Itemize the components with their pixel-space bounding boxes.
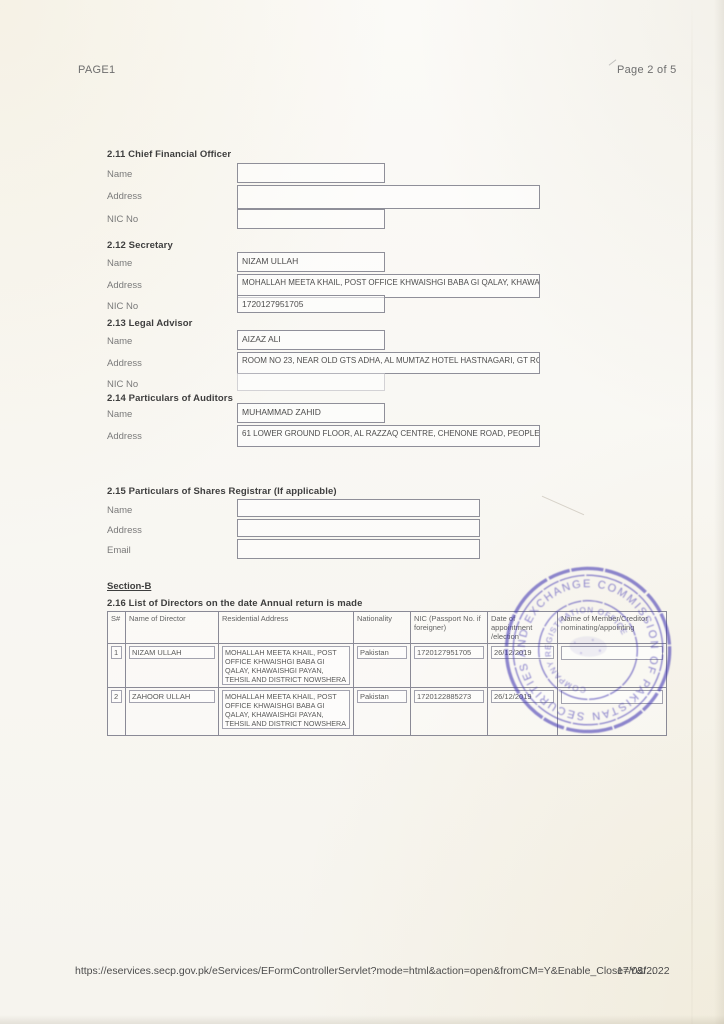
field-label: Address bbox=[107, 525, 142, 536]
directors-table: S# Name of Director Residential Address … bbox=[107, 611, 667, 736]
col-header-date: Date of appointment /election bbox=[488, 612, 558, 644]
footer-date: 17/03/2022 bbox=[617, 965, 670, 977]
director-nationality: Pakistan bbox=[357, 690, 407, 703]
field-label: NIC No bbox=[107, 379, 138, 390]
secretary-nic-field: 1720127951705 bbox=[237, 295, 385, 313]
cfo-name-field bbox=[237, 163, 385, 183]
field-label: Name bbox=[107, 336, 132, 347]
director-name: NIZAM ULLAH bbox=[129, 646, 215, 659]
section-title-legal-advisor: 2.13 Legal Advisor bbox=[107, 318, 192, 329]
table-row: 2 ZAHOOR ULLAH MOHALLAH MEETA KHAIL, POS… bbox=[108, 688, 667, 736]
director-name: ZAHOOR ULLAH bbox=[129, 690, 215, 703]
field-label: Name bbox=[107, 258, 132, 269]
field-label: Address bbox=[107, 431, 142, 442]
field-label: NIC No bbox=[107, 214, 138, 225]
page-indicator: Page 2 of 5 bbox=[617, 64, 677, 76]
col-header-name: Name of Director bbox=[126, 612, 219, 644]
paper-crease bbox=[691, 0, 693, 1024]
col-header-address: Residential Address bbox=[219, 612, 354, 644]
director-appointment-date: 26/12/2019 bbox=[491, 690, 554, 703]
field-label: Name bbox=[107, 505, 132, 516]
field-label: Name bbox=[107, 409, 132, 420]
section-title-auditors: 2.14 Particulars of Auditors bbox=[107, 393, 233, 404]
director-nic: 1720127951705 bbox=[414, 646, 484, 659]
field-label: NIC No bbox=[107, 301, 138, 312]
legal-advisor-nic-field bbox=[237, 373, 385, 391]
footer-url: https://eservices.secp.gov.pk/eServices/… bbox=[75, 965, 655, 977]
section-title-secretary: 2.12 Secretary bbox=[107, 240, 173, 251]
auditor-address-field: 61 LOWER GROUND FLOOR, AL RAZZAQ CENTRE,… bbox=[237, 425, 540, 447]
field-label: Address bbox=[107, 191, 142, 202]
director-appointment-date: 26/12/2019 bbox=[491, 646, 554, 659]
cfo-address-field bbox=[237, 185, 540, 209]
director-sno: 2 bbox=[111, 690, 122, 703]
table-row: 1 NIZAM ULLAH MOHALLAH MEETA KHAIL, POST… bbox=[108, 644, 667, 688]
field-label: Address bbox=[107, 358, 142, 369]
director-nic: 1720122885273 bbox=[414, 690, 484, 703]
field-label: Email bbox=[107, 545, 131, 556]
scanned-page: PAGE1 Page 2 of 5 2.11 Chief Financial O… bbox=[0, 0, 724, 1024]
page-label: PAGE1 bbox=[78, 64, 115, 76]
field-label: Address bbox=[107, 280, 142, 291]
director-address: MOHALLAH MEETA KHAIL, POST OFFICE KHWAIS… bbox=[222, 690, 350, 729]
legal-advisor-name-field: AIZAZ ALI bbox=[237, 330, 385, 350]
col-header-sno: S# bbox=[108, 612, 126, 644]
registrar-name-field bbox=[237, 499, 480, 517]
registrar-address-field bbox=[237, 519, 480, 537]
directors-list-heading: 2.16 List of Directors on the date Annua… bbox=[107, 598, 362, 609]
director-sno: 1 bbox=[111, 646, 122, 659]
paper-bottom-shade bbox=[0, 1015, 724, 1024]
field-label: Name bbox=[107, 169, 132, 180]
paper-edge-shade bbox=[714, 0, 724, 1024]
col-header-nationality: Nationality bbox=[354, 612, 411, 644]
col-header-member: Name of Member/Creditor nominating/appoi… bbox=[558, 612, 667, 644]
cfo-nic-field bbox=[237, 209, 385, 229]
section-title-cfo: 2.11 Chief Financial Officer bbox=[107, 149, 231, 160]
director-address: MOHALLAH MEETA KHAIL, POST OFFICE KHWAIS… bbox=[222, 646, 350, 685]
section-title-shares-registrar: 2.15 Particulars of Shares Registrar (If… bbox=[107, 486, 337, 497]
col-header-nic: NIC (Passport No. if foreigner) bbox=[411, 612, 488, 644]
director-member-nominating bbox=[561, 646, 663, 660]
section-b-heading: Section-B bbox=[107, 581, 151, 592]
secretary-name-field: NIZAM ULLAH bbox=[237, 252, 385, 272]
legal-advisor-address-field: ROOM NO 23, NEAR OLD GTS ADHA, AL MUMTAZ… bbox=[237, 352, 540, 374]
table-header-row: S# Name of Director Residential Address … bbox=[108, 612, 667, 644]
director-nationality: Pakistan bbox=[357, 646, 407, 659]
auditor-name-field: MUHAMMAD ZAHID bbox=[237, 403, 385, 423]
scan-scratch-mark bbox=[542, 496, 584, 516]
registrar-email-field bbox=[237, 539, 480, 559]
scan-corner-mark bbox=[609, 59, 617, 65]
director-member-nominating bbox=[561, 690, 663, 704]
